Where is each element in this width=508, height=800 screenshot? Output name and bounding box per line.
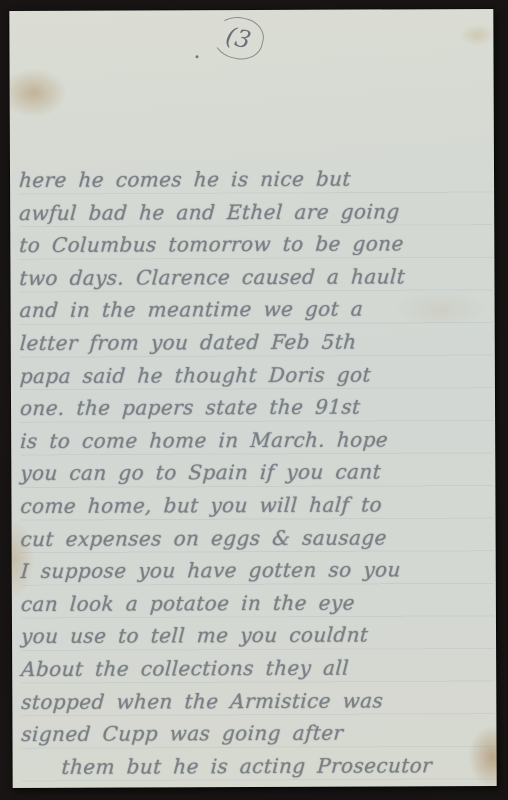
letter-page: (3 here he comes he is nice but awful ba…: [9, 9, 496, 788]
handwriting-block: here he comes he is nice but awful bad h…: [19, 162, 495, 788]
handwritten-line: them but he is acting Prosecutor: [21, 749, 496, 784]
handwritten-line: you can go to Spain if you cant: [19, 455, 494, 490]
handwritten-line: to Columbus tomorrow to be gone: [18, 227, 493, 262]
handwritten-line: two days. Clarence caused a hault: [18, 260, 493, 295]
handwritten-line: About the collections they all: [20, 651, 495, 686]
handwritten-line: letter from you dated Feb 5th: [19, 325, 494, 360]
handwritten-line: signed Cupp was going after: [20, 716, 495, 751]
handwritten-line: stopped when the Armistice was: [20, 683, 495, 718]
page-number: (3: [209, 12, 268, 65]
handwritten-line: one. the papers state the 91st: [19, 390, 494, 425]
pencil-speck: [196, 55, 199, 58]
handwritten-line: come home, but you will half to: [19, 488, 494, 523]
handwritten-line: cut expenses on eggs & sausage: [20, 520, 495, 555]
handwritten-line: can look a potatoe in the eye: [20, 586, 495, 621]
letter-photo-background: (3 here he comes he is nice but awful ba…: [0, 0, 508, 800]
handwritten-line: I suppose you have gotten so you: [20, 553, 495, 588]
handwritten-line: awful bad he and Ethel are going: [18, 195, 493, 230]
handwritten-line: papa said he thought Doris got: [19, 358, 494, 393]
handwritten-line: here he comes he is nice but: [18, 162, 493, 197]
handwritten-line: and in the meantime we got a: [19, 292, 494, 327]
handwritten-line: you use to tell me you couldnt: [20, 618, 495, 653]
handwritten-line: is to come home in March. hope: [19, 423, 494, 458]
